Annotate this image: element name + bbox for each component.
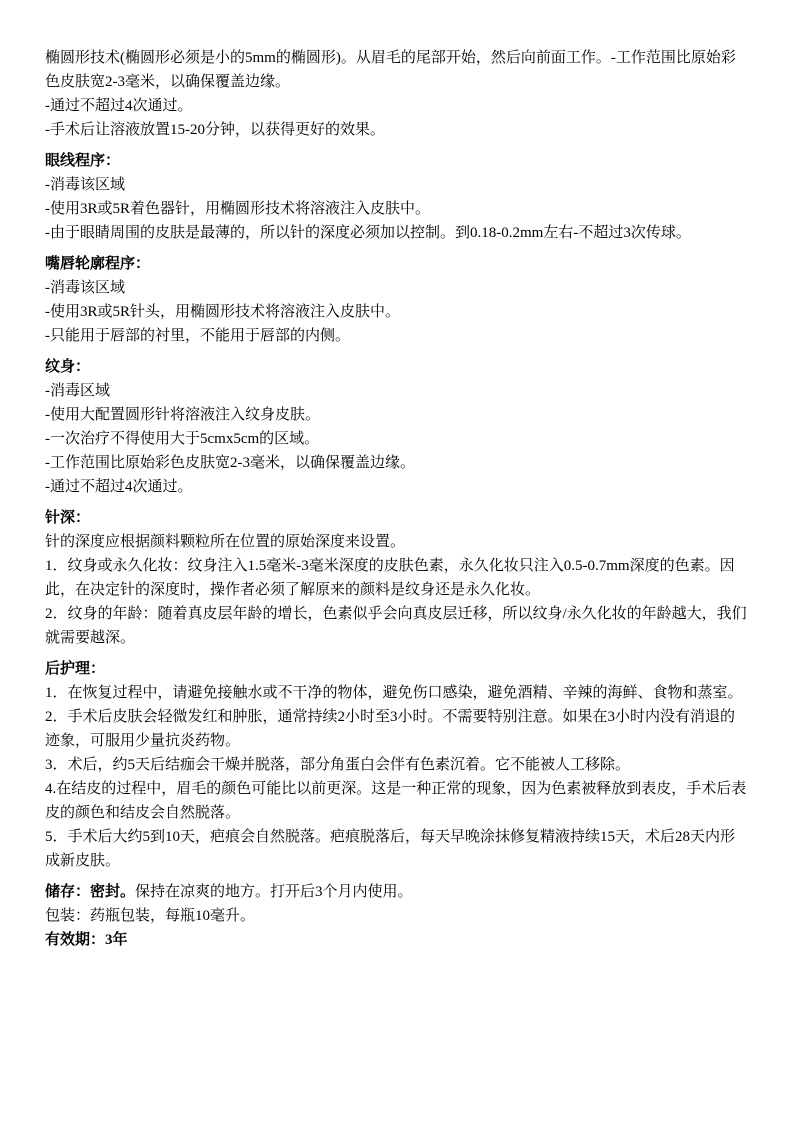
storage-label: 储存：密封。 [45, 884, 135, 900]
section-heading: 针深： [45, 506, 747, 530]
procedure-item: -使用3R或5R着色器针，用椭圆形技术将溶液注入皮肤中。 [45, 197, 747, 221]
expiry-line: 有效期：3年 [45, 928, 747, 952]
section-heading: 后护理： [45, 657, 747, 681]
intro-block: 椭圆形技术(椭圆形必须是小的5mm的椭圆形)。从眉毛的尾部开始，然后向前面工作。… [45, 46, 747, 142]
section-storage: 储存：密封。保持在凉爽的地方。打开后3个月内使用。 包装：药瓶包装，每瓶10毫升… [45, 880, 747, 952]
procedure-item: -由于眼睛周围的皮肤是最薄的，所以针的深度必须加以控制。到0.18-0.2mm左… [45, 221, 747, 245]
procedure-item: -消毒该区域 [45, 276, 747, 300]
procedure-item: -消毒区域 [45, 379, 747, 403]
section-lip-contour-procedure: 嘴唇轮廓程序： -消毒该区域 -使用3R或5R针头，用椭圆形技术将溶液注入皮肤中… [45, 252, 747, 348]
needle-depth-intro: 针的深度应根据颜料颗粒所在位置的原始深度来设置。 [45, 530, 747, 554]
section-needle-depth: 针深： 针的深度应根据颜料颗粒所在位置的原始深度来设置。 1．纹身或永久化妆：纹… [45, 506, 747, 650]
procedure-item: -一次治疗不得使用大于5cmx5cm的区域。 [45, 427, 747, 451]
storage-line: 储存：密封。保持在凉爽的地方。打开后3个月内使用。 [45, 880, 747, 904]
numbered-item: 1．在恢复过程中，请避免接触水或不干净的物体，避免伤口感染，避免酒精、辛辣的海鲜… [45, 681, 747, 705]
intro-paragraph-2: -通过不超过4次通过。 [45, 94, 747, 118]
section-heading: 嘴唇轮廓程序： [45, 252, 747, 276]
section-tattoo: 纹身： -消毒区域 -使用大配置圆形针将溶液注入纹身皮肤。 -一次治疗不得使用大… [45, 355, 747, 499]
procedure-item: -使用大配置圆形针将溶液注入纹身皮肤。 [45, 403, 747, 427]
intro-paragraph-3: -手术后让溶液放置15-20分钟，以获得更好的效果。 [45, 118, 747, 142]
procedure-item: -只能用于唇部的衬里，不能用于唇部的内侧。 [45, 324, 747, 348]
procedure-item: -使用3R或5R针头，用椭圆形技术将溶液注入皮肤中。 [45, 300, 747, 324]
section-eyeliner-procedure: 眼线程序： -消毒该区域 -使用3R或5R着色器针，用椭圆形技术将溶液注入皮肤中… [45, 149, 747, 245]
section-heading: 眼线程序： [45, 149, 747, 173]
numbered-item: 2．纹身的年龄：随着真皮层年龄的增长，色素似乎会向真皮层迁移，所以纹身/永久化妆… [45, 602, 747, 650]
numbered-item: 2．手术后皮肤会轻微发红和肿胀，通常持续2小时至3小时。不需要特别注意。如果在3… [45, 705, 747, 753]
numbered-item: 1．纹身或永久化妆：纹身注入1.5毫米-3毫米深度的皮肤色素，永久化妆只注入0.… [45, 554, 747, 602]
numbered-item: 3．术后，约5天后结痂会干燥并脱落，部分角蛋白会伴有色素沉着。它不能被人工移除。 [45, 753, 747, 777]
section-heading: 纹身： [45, 355, 747, 379]
procedure-item: -工作范围比原始彩色皮肤宽2-3毫米，以确保覆盖边缘。 [45, 451, 747, 475]
procedure-item: -消毒该区域 [45, 173, 747, 197]
numbered-item: 5．手术后大约5到10天，疤痕会自然脱落。疤痕脱落后，每天早晚涂抹修复精液持续1… [45, 825, 747, 873]
numbered-item: 4.在结皮的过程中，眉毛的颜色可能比以前更深。这是一种正常的现象，因为色素被释放… [45, 777, 747, 825]
intro-paragraph-1: 椭圆形技术(椭圆形必须是小的5mm的椭圆形)。从眉毛的尾部开始，然后向前面工作。… [45, 46, 747, 94]
procedure-item: -通过不超过4次通过。 [45, 475, 747, 499]
document-page: 椭圆形技术(椭圆形必须是小的5mm的椭圆形)。从眉毛的尾部开始，然后向前面工作。… [0, 0, 794, 1123]
section-aftercare: 后护理： 1．在恢复过程中，请避免接触水或不干净的物体，避免伤口感染，避免酒精、… [45, 657, 747, 873]
packaging-line: 包装：药瓶包装，每瓶10毫升。 [45, 904, 747, 928]
storage-text: 保持在凉爽的地方。打开后3个月内使用。 [135, 884, 413, 900]
